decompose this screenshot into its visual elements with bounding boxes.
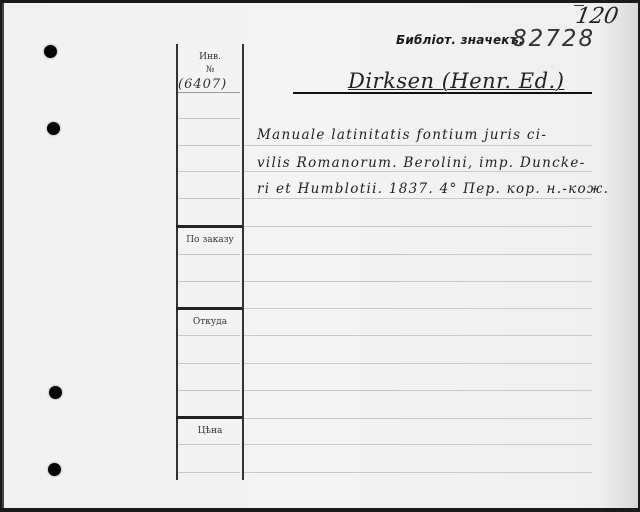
library-mark-value: 82728 bbox=[512, 26, 595, 52]
ruled-line bbox=[244, 171, 592, 172]
ruled-line bbox=[244, 418, 592, 419]
ruled-line bbox=[244, 390, 592, 391]
punch-hole-icon bbox=[44, 45, 57, 58]
inventory-number: (6407) bbox=[178, 77, 227, 92]
column-rule bbox=[178, 472, 240, 473]
column-rule bbox=[178, 254, 240, 255]
author-heading: Dirksen (Henr. Ed.) bbox=[348, 69, 564, 93]
ruled-line bbox=[244, 281, 592, 282]
field-label-from-where: Откуда bbox=[178, 317, 242, 327]
column-rule bbox=[178, 92, 240, 93]
column-rule bbox=[178, 363, 240, 364]
side-column: Инв. № По заказу Откуда Цѣна bbox=[176, 44, 244, 480]
section-divider bbox=[176, 416, 242, 419]
column-rule bbox=[178, 390, 240, 391]
ruled-line bbox=[244, 363, 592, 364]
ruled-line bbox=[244, 145, 592, 146]
section-divider bbox=[176, 307, 242, 310]
ruled-line bbox=[244, 444, 592, 445]
column-rule bbox=[178, 171, 240, 172]
library-mark-label: Библіот. значекъ: bbox=[396, 33, 524, 47]
punch-hole-icon bbox=[47, 122, 60, 135]
inventory-label: Инв. bbox=[178, 52, 242, 62]
author-underline bbox=[293, 92, 592, 94]
column-rule bbox=[178, 281, 240, 282]
description-line-2: vilis Romanorum. Berolini, imp. Duncke- bbox=[257, 155, 586, 171]
ruled-line bbox=[244, 308, 592, 309]
column-rule bbox=[178, 118, 240, 119]
punch-hole-icon bbox=[48, 463, 61, 476]
inventory-number-sign: № bbox=[178, 65, 242, 75]
punch-hole-icon bbox=[49, 386, 62, 399]
field-label-price: Цѣна bbox=[178, 426, 242, 436]
column-rule bbox=[178, 444, 240, 445]
column-rule bbox=[178, 145, 240, 146]
column-rule bbox=[178, 335, 240, 336]
ruled-line bbox=[244, 254, 592, 255]
section-divider bbox=[176, 225, 242, 228]
description-line-3: ri et Humblotii. 1837. 4° Пер. кор. н.-к… bbox=[257, 181, 609, 197]
description-line-1: Manuale latinitatis fontium juris ci- bbox=[257, 127, 547, 143]
ruled-line bbox=[244, 335, 592, 336]
column-rule bbox=[178, 198, 240, 199]
ruled-line bbox=[244, 472, 592, 473]
ruled-line bbox=[244, 226, 592, 227]
ruled-line bbox=[244, 198, 592, 199]
field-label-by-order: По заказу bbox=[178, 235, 242, 245]
